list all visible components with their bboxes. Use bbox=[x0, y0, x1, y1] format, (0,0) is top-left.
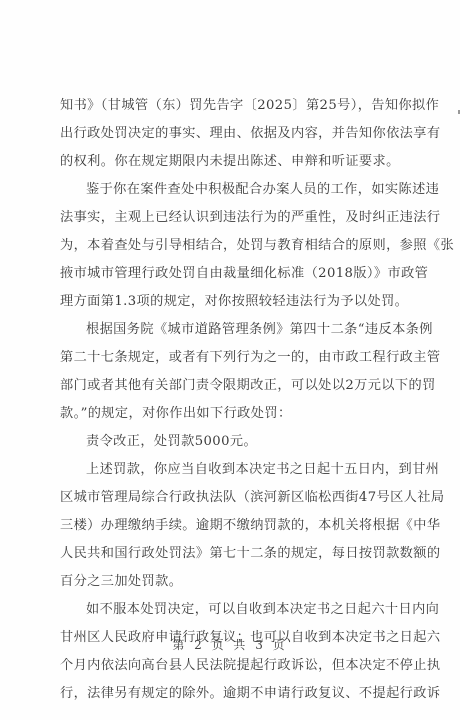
text-line: 出行政处罚决定的事实、理由、依据及内容，并告知你依法享有 bbox=[60, 120, 405, 148]
document-page: 知书》（甘城管（东）罚先告字〔2025〕第25号），告知你拟作 出行政处罚决定的… bbox=[0, 0, 460, 720]
text-line: 如不服本处罚决定，可以自收到本决定书之日起六十日内向 bbox=[60, 596, 405, 624]
text-line: 鉴于你在案件查处中积极配合办案人员的工作，如实陈述违 bbox=[60, 176, 405, 204]
text-line: 百分之三加处罚款。 bbox=[60, 568, 405, 596]
text-line: 知书》（甘城管（东）罚先告字〔2025〕第25号），告知你拟作 bbox=[60, 92, 405, 120]
text-line: 根据国务院《城市道路管理条例》第四十二条“违反本条例 bbox=[60, 316, 405, 344]
text-line: 人民共和国行政处罚法》第七十二条的规定，每日按罚款数额的 bbox=[60, 540, 405, 568]
text-line: 为，本着查处与引导相结合，处罚与教育相结合的原则，参照《张 bbox=[60, 232, 405, 260]
text-line: 部门或者其他有关部门责令限期改正，可以处以2万元以下的罚 bbox=[60, 372, 405, 400]
text-line: 区城市管理局综合行政执法队（滨河新区临松西街47号区人社局 bbox=[60, 484, 405, 512]
text-line: 掖市城市管理行政处罚自由裁量细化标准（2018版）》市政管 bbox=[60, 260, 405, 288]
text-line: 个月内依法向高台县人民法院提起行政诉讼，但本决定不停止执 bbox=[60, 652, 405, 680]
text-line: 第二十七条规定，或者有下列行为之一的，由市政工程行政主管 bbox=[60, 344, 405, 372]
text-line: 行，法律另有规定的除外。逾期不申请行政复议、不提起行政诉 bbox=[60, 680, 405, 708]
text-line: 理方面第1.3项的规定，对你按照较轻违法行为予以处罚。 bbox=[60, 288, 405, 316]
text-line: 法事实，主观上已经认识到违法行为的严重性，及时纠正违法行 bbox=[60, 204, 405, 232]
page-number: 第 2 页 共 3 页 bbox=[0, 636, 460, 653]
text-line: 的权利。你在规定期限内未提出陈述、申辩和听证要求。 bbox=[60, 148, 405, 176]
document-body: 知书》（甘城管（东）罚先告字〔2025〕第25号），告知你拟作 出行政处罚决定的… bbox=[60, 92, 405, 708]
penalty-line: 责令改正，处罚款5000元。 bbox=[60, 428, 405, 456]
text-line: 款。”的规定，对你作出如下行政处罚： bbox=[60, 400, 405, 428]
text-line: 三楼）办理缴纳手续。逾期不缴纳罚款的，本机关将根据《中华 bbox=[60, 512, 405, 540]
text-line: 上述罚款，你应当自收到本决定书之日起十五日内，到甘州 bbox=[60, 456, 405, 484]
